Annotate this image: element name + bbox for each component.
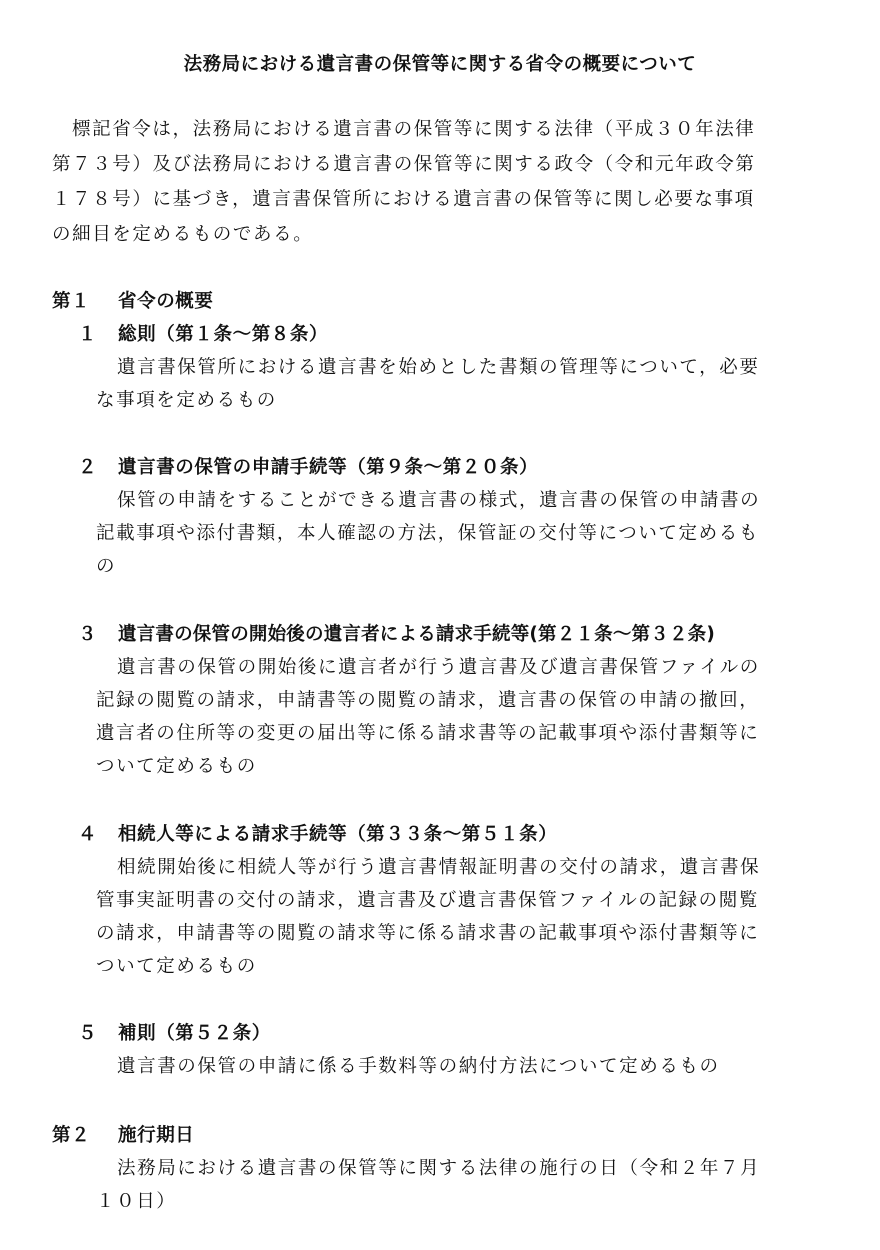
section-title: 施行期日 bbox=[118, 1125, 194, 1146]
item-body-line: 遺言書の保管の開始後に遺言者が行う遺言書及び遺言書保管ファイルの bbox=[117, 656, 760, 680]
item-body-line: 管事実証明書の交付の請求，遺言書及び遺言書保管ファイルの記録の閲覧 bbox=[96, 889, 759, 913]
intro-line: 標記省令は，法務局における遺言書の保管等に関する法律（平成３０年法律 bbox=[72, 118, 755, 142]
item-heading: ２遺言書の保管の申請手続等（第９条～第２０条） bbox=[78, 456, 538, 480]
item-body-line: 遺言者の住所等の変更の届出等に係る請求書等の記載事項や添付書類等に bbox=[96, 722, 759, 746]
item-heading: １総則（第１条～第８条） bbox=[78, 323, 328, 347]
item-heading: ５補則（第５２条） bbox=[78, 1022, 271, 1046]
item-title: 補則（第５２条） bbox=[118, 1023, 271, 1044]
item-body-line: 保管の申請をすることができる遺言書の様式，遺言書の保管の申請書の bbox=[117, 489, 760, 513]
item-title: 相続人等による請求手続等（第３３条～第５１条） bbox=[118, 824, 557, 845]
item-number: ４ bbox=[78, 823, 118, 847]
document-page: 法務局における遺言書の保管等に関する省令の概要について 標記省令は，法務局におけ… bbox=[0, 0, 880, 1250]
item-body-line: な事項を定めるもの bbox=[96, 389, 277, 413]
item-body-line: 相続開始後に相続人等が行う遺言書情報証明書の交付の請求，遺言書保 bbox=[117, 856, 760, 880]
item-heading: ３遺言書の保管の開始後の遺言者による請求手続等(第２１条～第３２条) bbox=[78, 623, 715, 647]
item-body-line: 記録の閲覧の請求，申請書等の閲覧の請求，遺言書の保管の申請の撤回， bbox=[96, 689, 759, 713]
section-body-line: １０日） bbox=[96, 1190, 176, 1214]
section-title: 省令の概要 bbox=[118, 291, 214, 312]
document-title: 法務局における遺言書の保管等に関する省令の概要について bbox=[0, 50, 880, 76]
item-number: ２ bbox=[78, 456, 118, 480]
item-body-line: ついて定めるもの bbox=[96, 755, 257, 779]
intro-line: の細目を定めるものである。 bbox=[52, 223, 313, 247]
item-title: 総則（第１条～第８条） bbox=[118, 324, 328, 345]
item-body-line: 記載事項や添付書類，本人確認の方法，保管証の交付等について定めるも bbox=[96, 522, 759, 546]
item-number: ５ bbox=[78, 1022, 118, 1046]
item-number: １ bbox=[78, 323, 118, 347]
item-number: ３ bbox=[78, 623, 118, 647]
item-body-line: 遺言書保管所における遺言書を始めとした書類の管理等について，必要 bbox=[117, 356, 759, 380]
item-body-line: の bbox=[96, 555, 116, 579]
item-body-line: の請求，申請書等の閲覧の請求等に係る請求書の記載事項や添付書類等に bbox=[96, 922, 759, 946]
section-heading: 第１省令の概要 bbox=[52, 290, 214, 314]
section-body-line: 法務局における遺言書の保管等に関する法律の施行の日（令和２年７月 bbox=[117, 1157, 760, 1181]
item-heading: ４相続人等による請求手続等（第３３条～第５１条） bbox=[78, 823, 557, 847]
item-title: 遺言書の保管の開始後の遺言者による請求手続等(第２１条～第３２条) bbox=[118, 624, 715, 645]
section-number: 第１ bbox=[52, 290, 118, 314]
section-heading: 第２施行期日 bbox=[52, 1124, 194, 1148]
intro-line: 第７３号）及び法務局における遺言書の保管等に関する政令（令和元年政令第 bbox=[52, 153, 756, 177]
section-number: 第２ bbox=[52, 1124, 118, 1148]
item-title: 遺言書の保管の申請手続等（第９条～第２０条） bbox=[118, 457, 538, 478]
intro-line: １７８号）に基づき，遺言書保管所における遺言書の保管等に関し必要な事項 bbox=[52, 188, 755, 212]
item-body-line: ついて定めるもの bbox=[96, 955, 257, 979]
item-body-line: 遺言書の保管の申請に係る手数料等の納付方法について定めるもの bbox=[117, 1055, 720, 1079]
